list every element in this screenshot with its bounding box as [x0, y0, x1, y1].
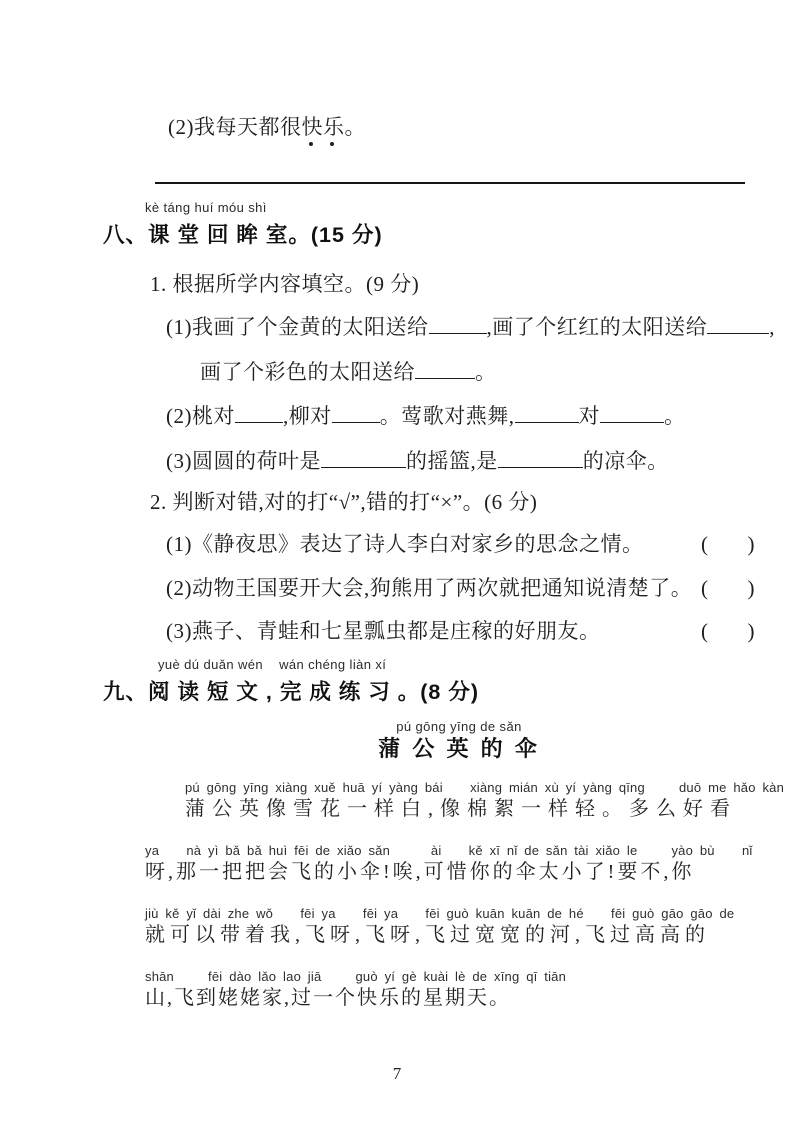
paren-close: ): [748, 530, 756, 558]
tf-text: (1)《静夜思》表达了诗人李白对家乡的思念之情。: [166, 530, 644, 558]
item-number: (2): [166, 404, 192, 428]
fill-blank: [429, 311, 487, 334]
line-text: 蒲公英像雪花一样白,像棉絮一样轻。多么好看: [185, 796, 773, 822]
paren-close: ): [748, 574, 756, 602]
section8-pinyin: kè táng huí móu shì: [145, 200, 794, 216]
emphasized-word: 快乐: [302, 115, 345, 139]
fill-item-2: (2)桃对,柳对。莺歌对燕舞,对。: [166, 400, 794, 430]
line-text: 呀,那一把把会飞的小伞!唉,可惜你的伞太小了!要不,你: [145, 859, 773, 885]
answer-line: [155, 182, 745, 184]
item-text: 我画了个金黄的太阳送给: [192, 315, 429, 339]
line-text: 山,飞到姥姥家,过一个快乐的星期天。: [145, 985, 773, 1011]
item-text: 动物王国要开大会,狗熊用了两次就把通知说清楚了。: [192, 576, 692, 600]
question2-label: 2. 判断对错,对的打“√”,错的打“×”。(6 分): [150, 488, 794, 516]
paren-open: (: [701, 574, 709, 602]
item-text: 。: [664, 404, 686, 428]
line-pinyin: pú gōng yīng xiàng xuě huā yí yàng bái x…: [185, 780, 773, 796]
item-number: (1): [166, 315, 192, 339]
item-text: 桃对: [192, 404, 235, 428]
passage-title: 蒲 公 英 的 伞: [145, 735, 773, 763]
item-number: (3): [166, 619, 192, 643]
item-text: 对: [579, 404, 601, 428]
fill-blank: [600, 400, 664, 423]
page-number: 7: [0, 1064, 794, 1084]
item-text: 。: [475, 360, 497, 384]
answer-paren: (): [701, 530, 755, 558]
passage-title-pinyin: pú gōng yīng de sǎn: [145, 719, 773, 735]
line-pinyin: jiù kě yǐ dài zhe wǒ fēi ya fēi ya fēi g…: [145, 906, 773, 922]
answer-paren: (): [701, 574, 755, 602]
sentence-item-2: (2)我每天都很快乐。: [168, 112, 794, 142]
paren-open: (: [701, 530, 709, 558]
section9-pinyin: yuè dú duǎn wén wán chéng liàn xí: [158, 657, 794, 673]
passage-line-2: ya nà yì bǎ bǎ huì fēi de xiǎo sǎn ài kě…: [145, 843, 773, 885]
item-text: 的凉伞。: [583, 449, 669, 473]
question1-label: 1. 根据所学内容填空。(9 分): [150, 270, 794, 298]
paren-open: (: [701, 617, 709, 645]
paren-close: ): [748, 617, 756, 645]
item-text: 的摇篮,是: [406, 449, 498, 473]
tf-text: (2)动物王国要开大会,狗熊用了两次就把通知说清楚了。: [166, 574, 692, 602]
line-text: 就可以带着我,飞呀,飞呀,飞过宽宽的河,飞过高高的: [145, 922, 773, 948]
fill-blank: [707, 311, 769, 334]
item-text: ,: [769, 315, 775, 339]
tf-text: (3)燕子、青蛙和七星瓢虫都是庄稼的好朋友。: [166, 617, 601, 645]
worksheet-page: (2)我每天都很快乐。 kè táng huí móu shì 八、课 堂 回 …: [0, 0, 794, 1123]
fill-item-1-line-2: 画了个彩色的太阳送给。: [200, 356, 794, 386]
passage-line-1: pú gōng yīng xiàng xuě huā yí yàng bái x…: [145, 780, 773, 822]
section9-title: 九、阅 读 短 文 , 完 成 练 习 。(8 分): [103, 677, 794, 707]
sentence-period: 。: [345, 115, 367, 139]
fill-blank: [332, 400, 380, 423]
fill-item-1-line-1: (1)我画了个金黄的太阳送给,画了个红红的太阳送给,: [166, 311, 794, 341]
item-number: (1): [166, 532, 192, 556]
sentence-text: 我每天都很: [194, 115, 302, 139]
true-false-item-2: (2)动物王国要开大会,狗熊用了两次就把通知说清楚了。 (): [166, 574, 755, 602]
item-text: 。莺歌对燕舞,: [380, 404, 515, 428]
answer-paren: (): [701, 617, 755, 645]
section8-title: 八、课 堂 回 眸 室。(15 分): [103, 220, 794, 250]
passage-line-4: shān fēi dào lǎo lao jiā guò yí gè kuài …: [145, 969, 773, 1011]
item-text: 画了个彩色的太阳送给: [200, 360, 415, 384]
item-number: (3): [166, 449, 192, 473]
fill-blank: [235, 400, 283, 423]
line-pinyin: shān fēi dào lǎo lao jiā guò yí gè kuài …: [145, 969, 773, 985]
item-text: ,画了个红红的太阳送给: [487, 315, 708, 339]
true-false-item-3: (3)燕子、青蛙和七星瓢虫都是庄稼的好朋友。 (): [166, 617, 755, 645]
reading-passage: pú gōng yīng de sǎn 蒲 公 英 的 伞 pú gōng yī…: [145, 719, 773, 1011]
item-number: (2): [168, 115, 194, 139]
fill-blank: [498, 445, 583, 468]
item-text: 燕子、青蛙和七星瓢虫都是庄稼的好朋友。: [192, 619, 601, 643]
true-false-item-1: (1)《静夜思》表达了诗人李白对家乡的思念之情。 (): [166, 530, 755, 558]
line-pinyin: ya nà yì bǎ bǎ huì fēi de xiǎo sǎn ài kě…: [145, 843, 773, 859]
item-text: 《静夜思》表达了诗人李白对家乡的思念之情。: [192, 532, 644, 556]
item-text: ,柳对: [283, 404, 332, 428]
item-number: (2): [166, 576, 192, 600]
passage-line-3: jiù kě yǐ dài zhe wǒ fēi ya fēi ya fēi g…: [145, 906, 773, 948]
fill-item-3: (3)圆圆的荷叶是的摇篮,是的凉伞。: [166, 445, 794, 475]
fill-blank: [515, 400, 579, 423]
fill-blank: [321, 445, 406, 468]
item-text: 圆圆的荷叶是: [192, 449, 321, 473]
fill-blank: [415, 356, 475, 379]
